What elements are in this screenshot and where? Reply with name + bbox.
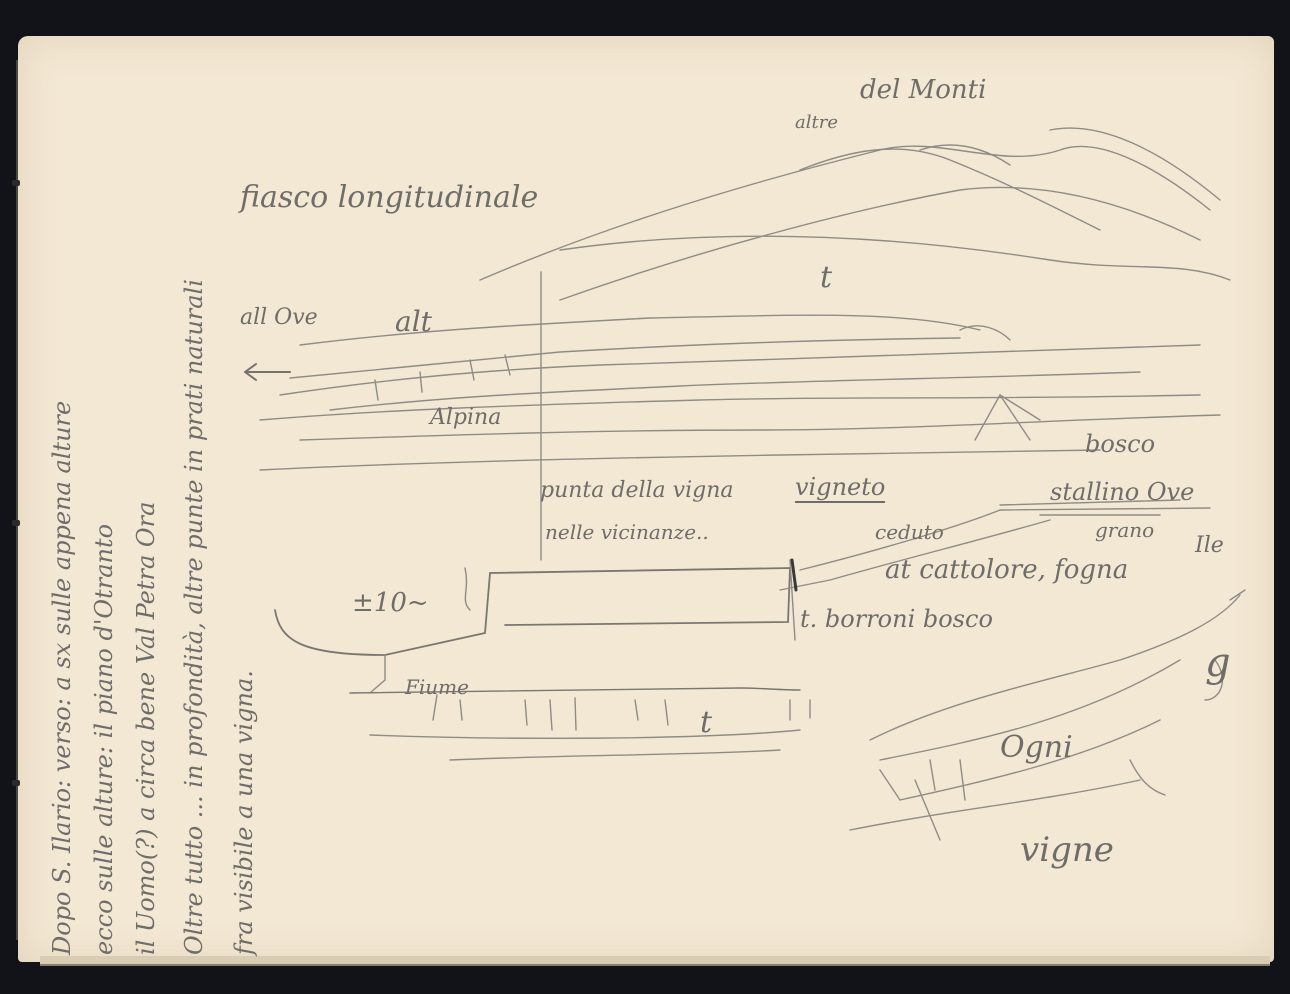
annotation-fiasco: fiasco longitudinale — [240, 180, 538, 215]
annotation-alt: alt — [395, 305, 432, 338]
annotation-t-bottom: t — [700, 705, 712, 740]
annotation-bosco: bosco — [1085, 430, 1155, 458]
annotation-top-right-small: altre — [795, 112, 838, 133]
annotation-stallino: stallino Ove — [1050, 478, 1194, 506]
annotation-grano: grano — [1095, 518, 1154, 542]
annotation-vigneto: vigneto — [795, 473, 885, 503]
margin-note-line-3: il Uomo(?) a circa bene Val Petra Ora — [132, 502, 160, 955]
margin-note-line-2: ecco sulle alture: il piano d'Otranto — [90, 524, 118, 955]
margin-note-line-1: Dopo S. Ilario: verso: a sx sulle appena… — [48, 401, 76, 955]
annotation-center-line-2: nelle vicinanze.. — [545, 520, 709, 544]
annotation-ogni: Ogni — [1000, 730, 1073, 765]
annotation-center-line-1: punta della vigna — [540, 478, 734, 503]
annotation-ceduto: ceduto — [875, 520, 944, 544]
annotation-arrow-label: all Ove — [240, 305, 318, 330]
annotation-top-right: del Monti — [860, 75, 986, 105]
annotation-vigne: vigne — [1020, 830, 1114, 870]
annotation-cattolore: at cattolore, fogna — [885, 555, 1128, 585]
annotation-t-top: t — [820, 260, 832, 295]
annotation-borroni: t. borroni bosco — [800, 605, 993, 633]
margin-note-line-5: fra visibile a una vigna. — [230, 670, 258, 955]
annotation-g: g — [1205, 640, 1231, 686]
annotation-ile: Ile — [1195, 533, 1224, 558]
annotation-fiume: Fiume — [405, 675, 469, 699]
margin-note-line-4: Oltre tutto ... in profondità, altre pun… — [180, 279, 208, 955]
dimension-label: ±10~ — [352, 588, 429, 618]
annotation-ridge: Alpina — [430, 405, 501, 430]
